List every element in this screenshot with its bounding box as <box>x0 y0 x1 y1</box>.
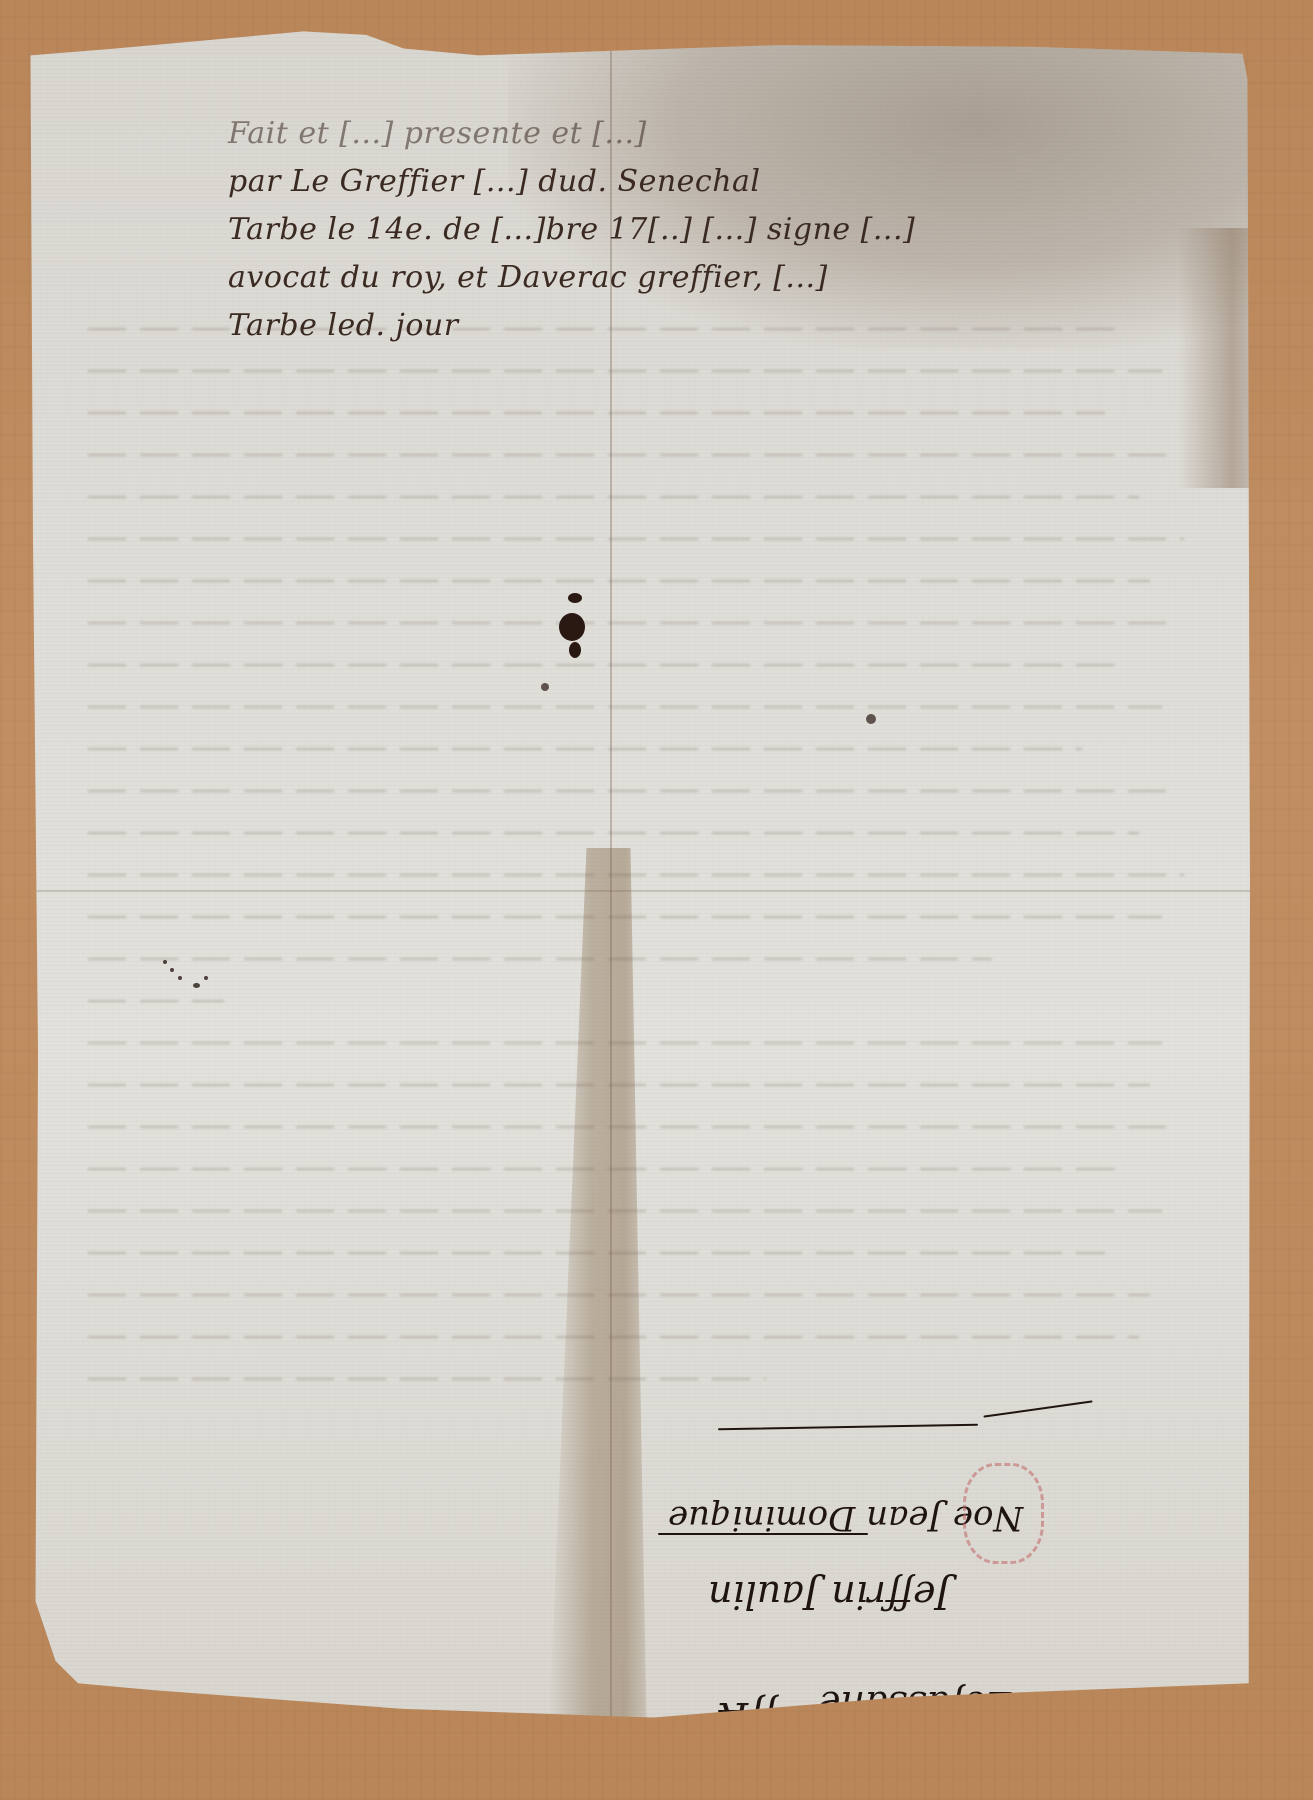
flourish-line <box>658 1533 868 1535</box>
ink-blot <box>569 642 581 658</box>
flourish-line <box>718 1710 1158 1712</box>
ink-blot <box>568 593 582 603</box>
text-line: Tarbe le 14e. de [...]bre 17[..] [...] s… <box>228 206 1248 254</box>
ink-blot <box>559 613 585 641</box>
ink-speck <box>178 976 182 980</box>
ink-blot <box>541 683 549 691</box>
red-seal-mark <box>963 1463 1044 1564</box>
inverted-mark: ffR <box>718 1693 776 1739</box>
bleed-through-text <box>88 328 1218 1688</box>
text-line: Fait et [...] presente et [...] <box>228 110 1248 158</box>
inverted-signature: Lefassane <box>818 1683 1011 1727</box>
text-line: Tarbe led. jour <box>228 302 1248 350</box>
ink-speck <box>170 968 174 972</box>
text-line: par Le Greffier [...] dud. Senechal <box>228 158 1248 206</box>
ink-speck <box>204 976 208 980</box>
manuscript-page: Fait et [...] presente et [...] par Le G… <box>28 28 1280 1738</box>
ink-speck <box>193 983 200 988</box>
handwritten-text-block: Fait et [...] presente et [...] par Le G… <box>228 110 1248 350</box>
ink-blot <box>866 714 876 724</box>
inverted-signature: Jeffrin Jaulin <box>708 1573 951 1617</box>
ink-speck <box>163 960 167 964</box>
inverted-annotation: J. 4. 14. <box>878 1740 993 1775</box>
text-line: avocat du roy, et Daverac greffier, [...… <box>228 254 1248 302</box>
